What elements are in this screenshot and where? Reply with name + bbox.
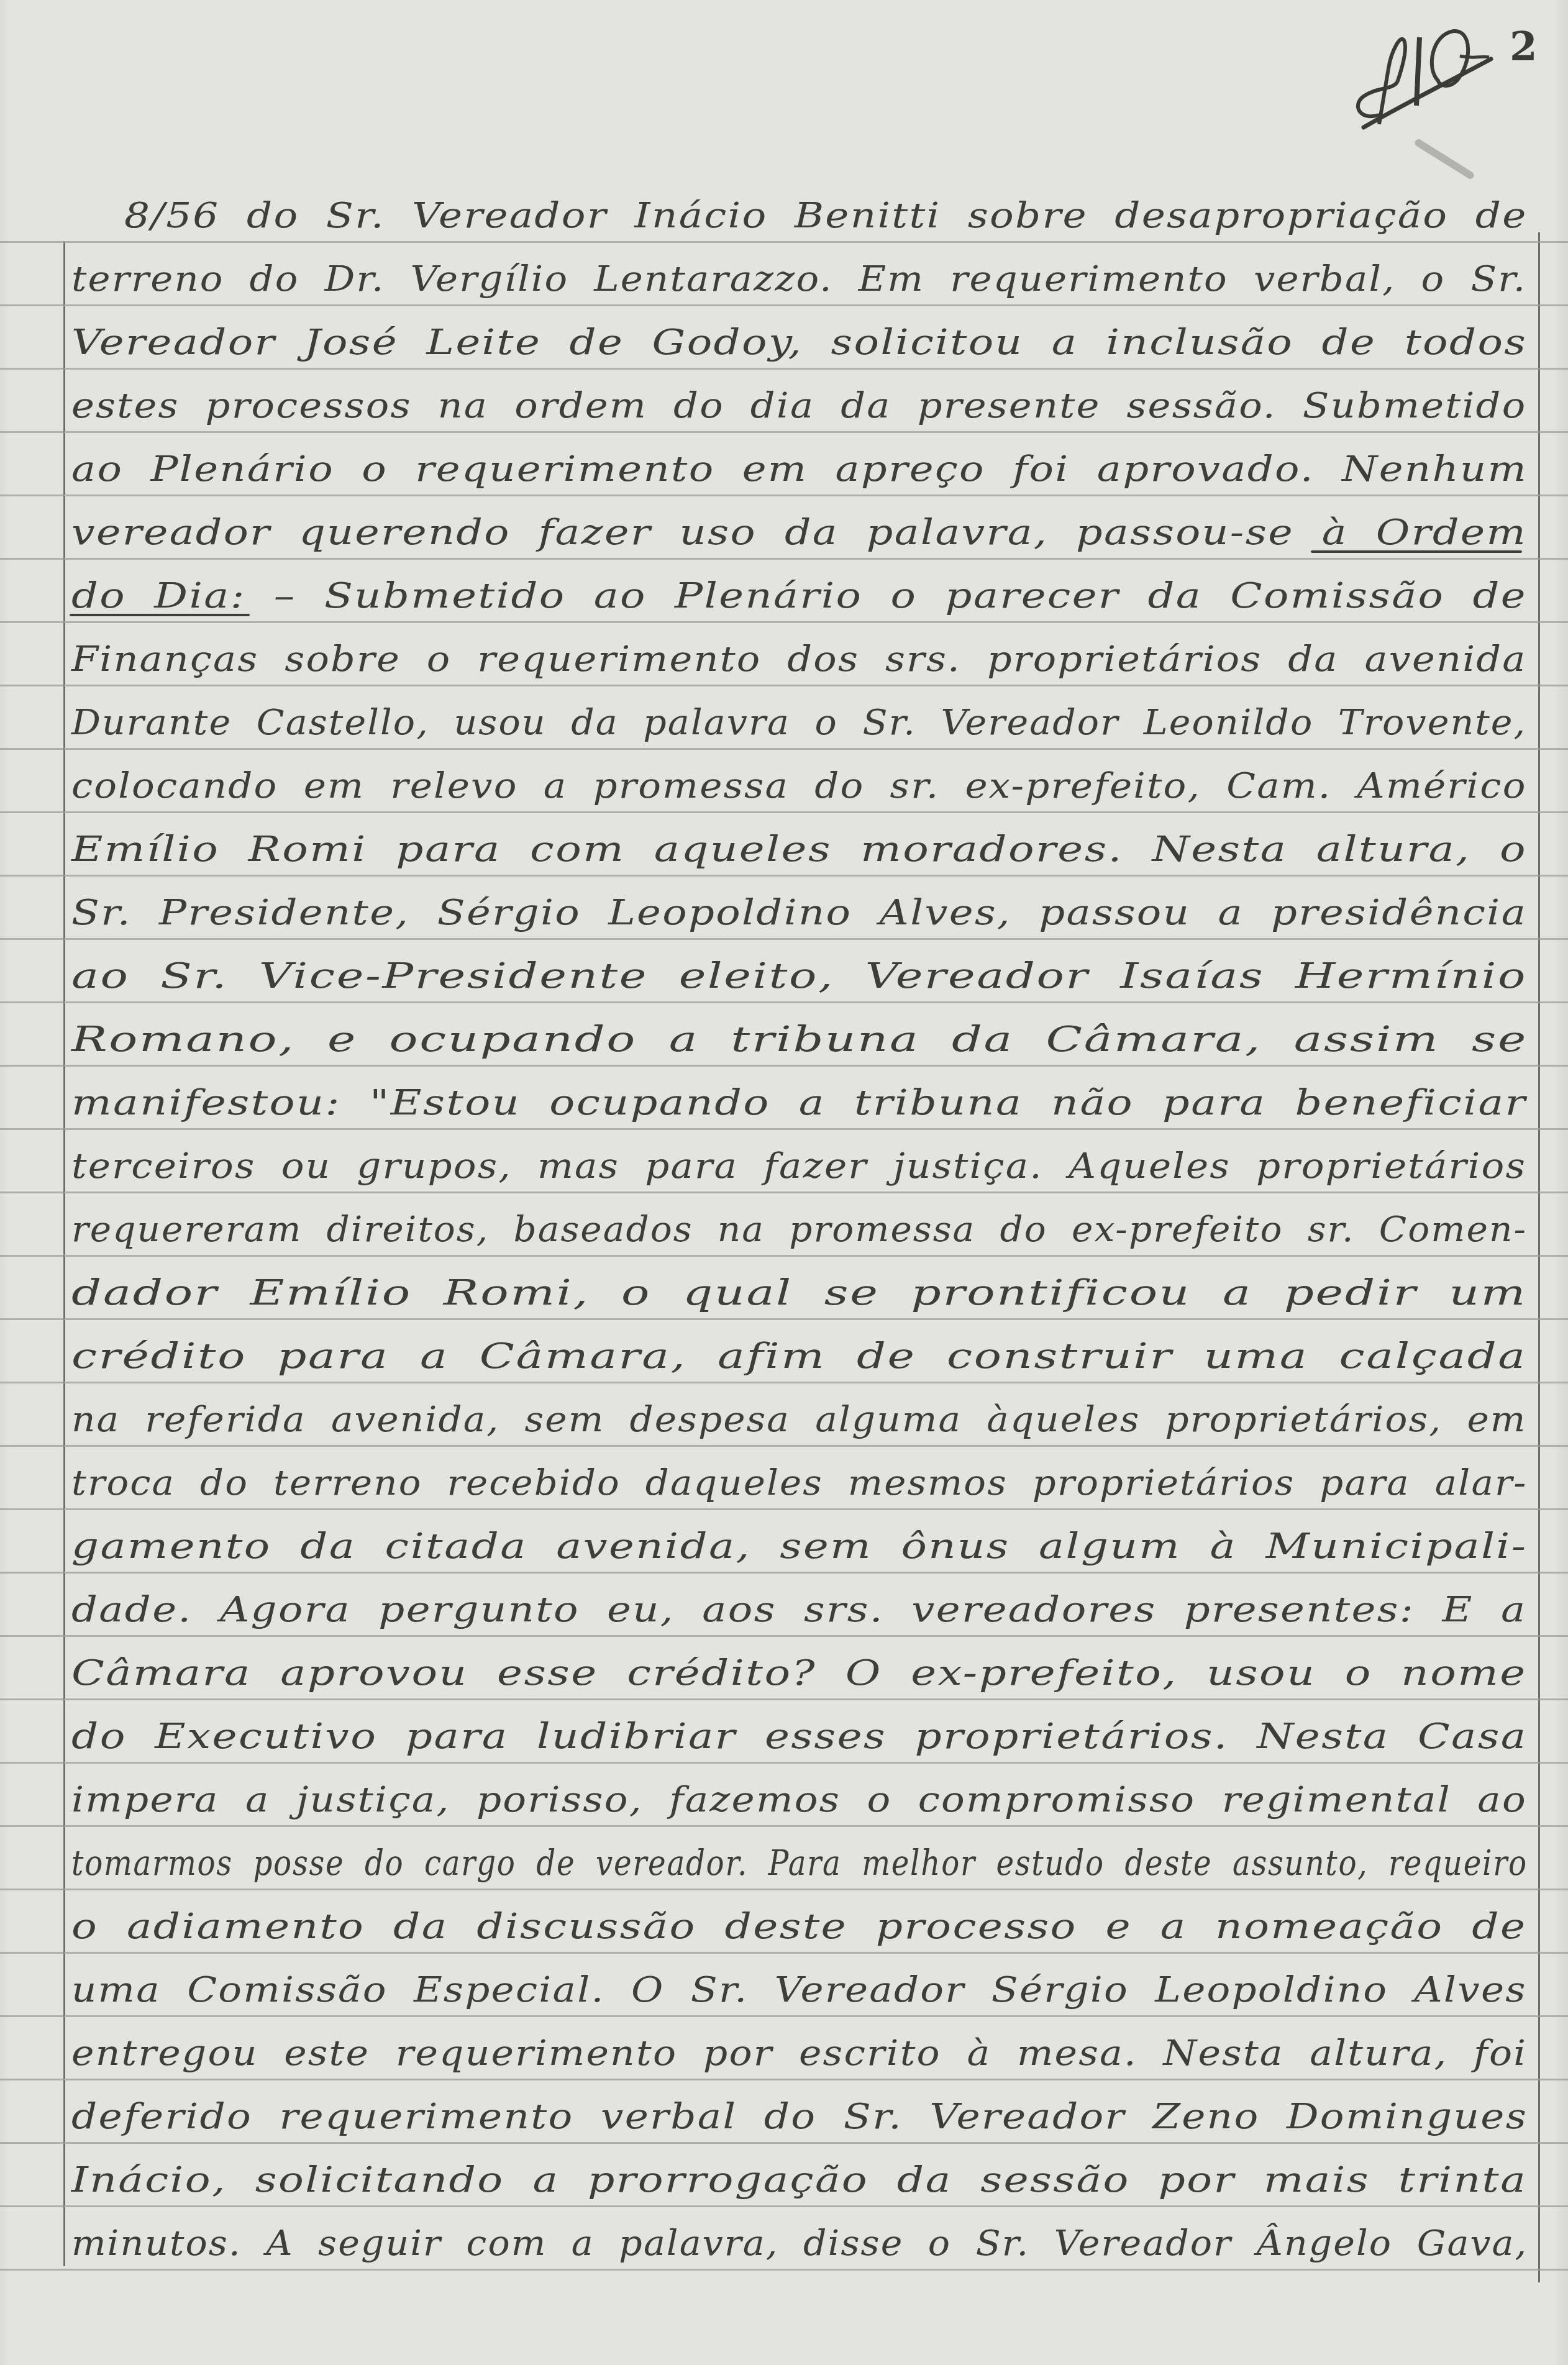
text-line: vereador querendo fazer uso da palavra, … — [71, 497, 1531, 559]
text-line: na referida avenida, sem despesa alguma … — [71, 1384, 1531, 1446]
text-line: crédito para a Câmara, afim de construir… — [71, 1321, 1531, 1383]
text-line: terreno do Dr. Vergílio Lentarazzo. Em r… — [71, 244, 1531, 306]
text-line: ao Plenário o requerimento em apreço foi… — [71, 434, 1531, 496]
text-line: colocando em relevo a promessa do sr. ex… — [71, 750, 1531, 813]
right-margin-rule — [1538, 232, 1540, 2282]
text-line: uma Comissão Especial. O Sr. Vereador Sé… — [71, 1954, 1531, 2016]
text-line: entregou este requerimento por escrito à… — [71, 2018, 1531, 2080]
text-line: minutos. A seguir com a palavra, disse o… — [71, 2208, 1531, 2270]
text-line: Romano, e ocupando a tribuna da Câmara, … — [71, 1004, 1531, 1066]
text-line: o adiamento da discussão deste processo … — [71, 1891, 1531, 1953]
text-line: Câmara aprovou esse crédito? O ex-prefei… — [71, 1638, 1531, 1700]
text-line: requereram direitos, baseados na promess… — [71, 1194, 1531, 1256]
text-line: Durante Castello, usou da palavra o Sr. … — [71, 687, 1531, 749]
text-line: terceiros ou grupos, mas para fazer just… — [71, 1131, 1531, 1193]
text-line: Finanças sobre o requerimento dos srs. p… — [71, 624, 1531, 686]
text-line: manifestou: "Estou ocupando a tribuna nã… — [71, 1067, 1531, 1129]
left-margin-rule — [63, 241, 65, 2266]
text-line: Vereador José Leite de Godoy, solicitou … — [71, 307, 1531, 369]
text-line: Inácio, solicitando a prorrogação da ses… — [71, 2144, 1531, 2207]
text-line: gamento da citada avenida, sem ônus algu… — [71, 1511, 1531, 1573]
text-line: estes processos na ordem do dia da prese… — [71, 370, 1531, 432]
text-line: impera a justiça, porisso, fazemos o com… — [71, 1764, 1531, 1826]
text-line: dade. Agora pergunto eu, aos srs. veread… — [71, 1574, 1531, 1636]
text-line: tomarmos posse do cargo de vereador. Par… — [71, 1828, 1531, 1890]
text-line: Sr. Presidente, Sérgio Leopoldino Alves,… — [71, 877, 1531, 939]
text-line: troca do terreno recebido daqueles mesmo… — [71, 1447, 1531, 1510]
text-line: Emílio Romi para com aqueles moradores. … — [71, 814, 1531, 876]
text-line: do Dia: – Submetido ao Plenário o parece… — [71, 560, 1531, 622]
signature-initials-icon — [1345, 12, 1500, 143]
underline-ordem — [1311, 550, 1522, 553]
text-line: ao Sr. Vice-Presidente eleito, Vereador … — [71, 941, 1531, 1003]
text-line: do Executivo para ludibriar esses propri… — [71, 1701, 1531, 1763]
underline-do-dia — [70, 614, 250, 616]
pencil-mark — [1413, 138, 1475, 180]
page-number: 2 — [1510, 24, 1538, 70]
text-line: deferido requerimento verbal do Sr. Vere… — [71, 2081, 1531, 2143]
text-line: 8/56 do Sr. Vereador Inácio Benitti sobr… — [124, 180, 1568, 242]
text-line: dador Emílio Romi, o qual se prontificou… — [71, 1257, 1531, 1319]
manuscript-page: 2 8/56 do Sr. Vereador Inácio Benitti so… — [0, 0, 1568, 2365]
